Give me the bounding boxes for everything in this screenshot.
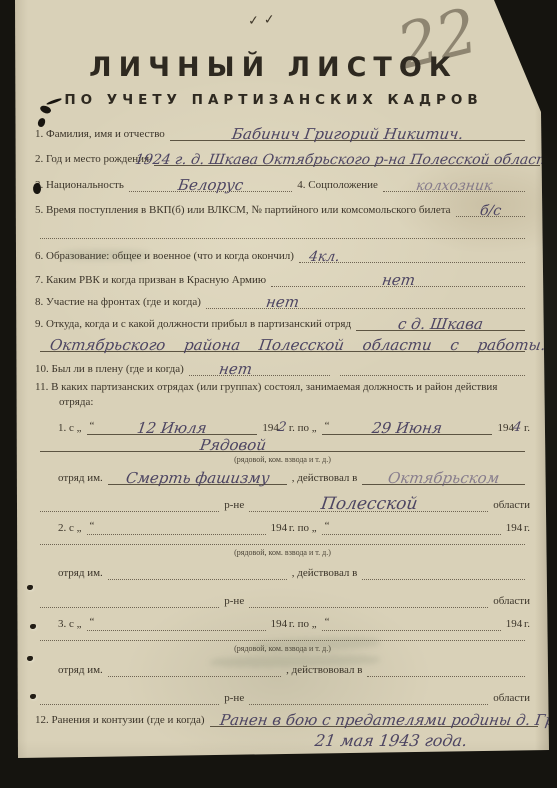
field-label: 7. Каким РВК и когда призван в Красную А… — [35, 274, 266, 287]
handwritten-value: Октябрьском — [387, 471, 500, 486]
service-entry-1-dates: 1. с „ “ 12 Июля 1942 г. по „ “ 29 Июня … — [58, 418, 530, 435]
field-line — [40, 687, 219, 705]
field-label: р-не — [224, 692, 244, 705]
field-line: Смерть фашизму — [108, 467, 287, 485]
handwritten-value: нет — [381, 273, 416, 288]
stain — [60, 250, 150, 260]
field-line — [340, 358, 525, 376]
handwritten-value: Бабинич Григорий Никитич. — [231, 127, 464, 142]
handwritten-value: Рядовой — [199, 438, 267, 453]
handwritten-value: б/с — [479, 204, 502, 218]
paper-sheet: ✓✓ 22 ЛИЧНЫЙ ЛИСТОК ПО УЧЕТУ ПАРТИЗАНСКИ… — [0, 0, 557, 788]
field-arrival: 9. Откуда, когда и с какой должности при… — [35, 314, 530, 331]
field-label: 5. Время поступления в ВКП(б) или ВЛКСМ,… — [35, 204, 451, 217]
field-label: , действовал в — [292, 472, 358, 485]
field-label: 4. Соцположение — [297, 179, 378, 192]
checkmark-icon: ✓✓ — [247, 11, 280, 29]
field-line: Октябрьском — [362, 467, 525, 485]
field-rvk: 7. Каким РВК и когда призван в Красную А… — [35, 270, 530, 287]
field-line: “ 29 Июня — [322, 417, 493, 435]
field-line: “ 12 Июля — [87, 417, 258, 435]
field-line — [367, 659, 525, 677]
field-surname: 1. Фамилия, имя и отчество Бабинич Григо… — [35, 124, 530, 141]
field-line: Бабинич Григорий Никитич. — [170, 123, 525, 141]
handwritten-value: Белорус — [177, 178, 244, 193]
field-label: области — [493, 595, 530, 608]
handwritten-value: 1924 г. д. Шкава Октябрьского р-на Полес… — [134, 153, 557, 167]
field-line: Рядовой — [40, 434, 525, 452]
field-line — [249, 590, 488, 608]
scanned-document: ✓✓ 22 ЛИЧНЫЙ ЛИСТОК ПО УЧЕТУ ПАРТИЗАНСКИ… — [0, 0, 557, 788]
handwritten-value: 2 — [277, 421, 287, 434]
field-captivity: 10. Был ли в плену (где и когда) нет — [35, 359, 530, 376]
field-label: отряд им. — [58, 567, 103, 580]
field-line: 4кл. — [299, 245, 525, 263]
field-party: 5. Время поступления в ВКП(б) или ВЛКСМ,… — [35, 200, 530, 217]
handwritten-value: нет — [265, 295, 300, 310]
field-detachments-intro: 11. В каких партизанских отрядах (или гр… — [35, 380, 527, 410]
field-label: отряд им. — [58, 664, 103, 677]
service-entry-1-position: Рядовой — [35, 435, 530, 452]
field-line: нет — [271, 269, 525, 287]
quote-mark: “ — [325, 420, 330, 432]
field-wounds-line2: 21 мая 1943 года. — [315, 730, 497, 747]
field-line: с д. Шкава — [356, 313, 525, 331]
field-line: Ранен в бою с предателями родины д. Гроб — [210, 709, 538, 727]
field-line — [249, 687, 488, 705]
handwritten-value: 4 — [512, 421, 522, 434]
field-label: р-не — [224, 499, 244, 512]
handwritten-value: нет — [218, 362, 253, 377]
field-line — [40, 623, 525, 641]
service-entry-2-position — [35, 528, 530, 545]
field-line — [40, 590, 219, 608]
field-label: 8. Участие на фронтах (где и когда) — [35, 296, 201, 309]
field-label: 1942 г. по „ — [262, 421, 316, 435]
blank-line — [35, 222, 530, 239]
handwritten-value: с д. Шкава — [397, 317, 484, 332]
field-label: области — [493, 499, 530, 512]
field-label: области — [493, 692, 530, 705]
field-label: 9. Откуда, когда и с какой должности при… — [35, 318, 351, 331]
field-fronts: 8. Участие на фронтах (где и когда) нет — [35, 292, 530, 309]
quote-mark: “ — [90, 420, 95, 432]
field-label: 1. Фамилия, имя и отчество — [35, 128, 165, 141]
field-wounds: 12. Ранения и контузии (где и когда) Ран… — [35, 710, 543, 727]
field-line: Полесской — [249, 494, 488, 512]
field-label: 10. Был ли в плену (где и когда) — [35, 363, 184, 376]
form-title: ЛИЧНЫЙ ЛИСТОК — [15, 52, 532, 83]
handwritten-value: Полесской — [319, 496, 418, 513]
punch-hole — [27, 656, 33, 661]
service-entry-2-district: р-не области — [35, 591, 530, 608]
service-entry-3-district: р-не области — [35, 688, 530, 705]
field-label: 2. Год и место рождения — [35, 153, 149, 166]
field-line: нет — [189, 358, 330, 376]
field-birth: 2. Год и место рождения 1924 г. д. Шкава… — [35, 149, 545, 166]
field-nationality-social: 3. Национальность Белорус 4. Соцположени… — [35, 175, 530, 192]
handwritten-value: Октябрьского района Полесской области с … — [49, 338, 547, 353]
field-arrival-line2: Октябрьского района Полесской области с … — [35, 335, 530, 352]
ink-blot — [32, 182, 41, 194]
field-line: Белорус — [129, 174, 292, 192]
field-line: колхозник — [383, 174, 525, 192]
form-subtitle: ПО УЧЕТУ ПАРТИЗАНСКИХ КАДРОВ — [15, 92, 532, 108]
field-line: 1924 г. д. Шкава Октябрьского р-на Полес… — [154, 148, 540, 166]
handwritten-value: Смерть фашизму — [124, 471, 270, 486]
field-line: б/с — [456, 199, 525, 217]
field-line — [108, 562, 287, 580]
field-label: 12. Ранения и контузии (где и когда) — [35, 714, 205, 727]
service-entry-1-unit: отряд им. Смерть фашизму , действовал в … — [58, 468, 530, 485]
service-entry-1-district: р-не Полесской области — [35, 495, 530, 512]
handwritten-value: колхозник — [415, 179, 493, 193]
field-line — [40, 221, 525, 239]
punch-hole — [27, 585, 33, 590]
field-label: 1944 г. — [497, 421, 530, 435]
field-line — [40, 494, 219, 512]
field-label: р-не — [224, 595, 244, 608]
field-line — [40, 527, 525, 545]
field-label: 3. Национальность — [35, 179, 124, 192]
position-caption: (рядовой, ком. взвода и т. д.) — [35, 548, 530, 557]
field-line: Октябрьского района Полесской области с … — [40, 334, 525, 352]
field-line: нет — [206, 291, 525, 309]
service-entry-2-unit: отряд им. , действовал в — [58, 563, 530, 580]
handwritten-value: 4кл. — [308, 250, 341, 264]
position-caption: (рядовой, ком. взвода и т. д.) — [35, 455, 530, 464]
handwritten-value: 21 мая 1943 года. — [314, 733, 468, 749]
field-line — [362, 562, 525, 580]
handwritten-value: Ранен в бою с предателями родины д. Гроб — [219, 713, 557, 728]
field-label: отряд им. — [58, 472, 103, 485]
field-label: , действовал в — [292, 567, 358, 580]
